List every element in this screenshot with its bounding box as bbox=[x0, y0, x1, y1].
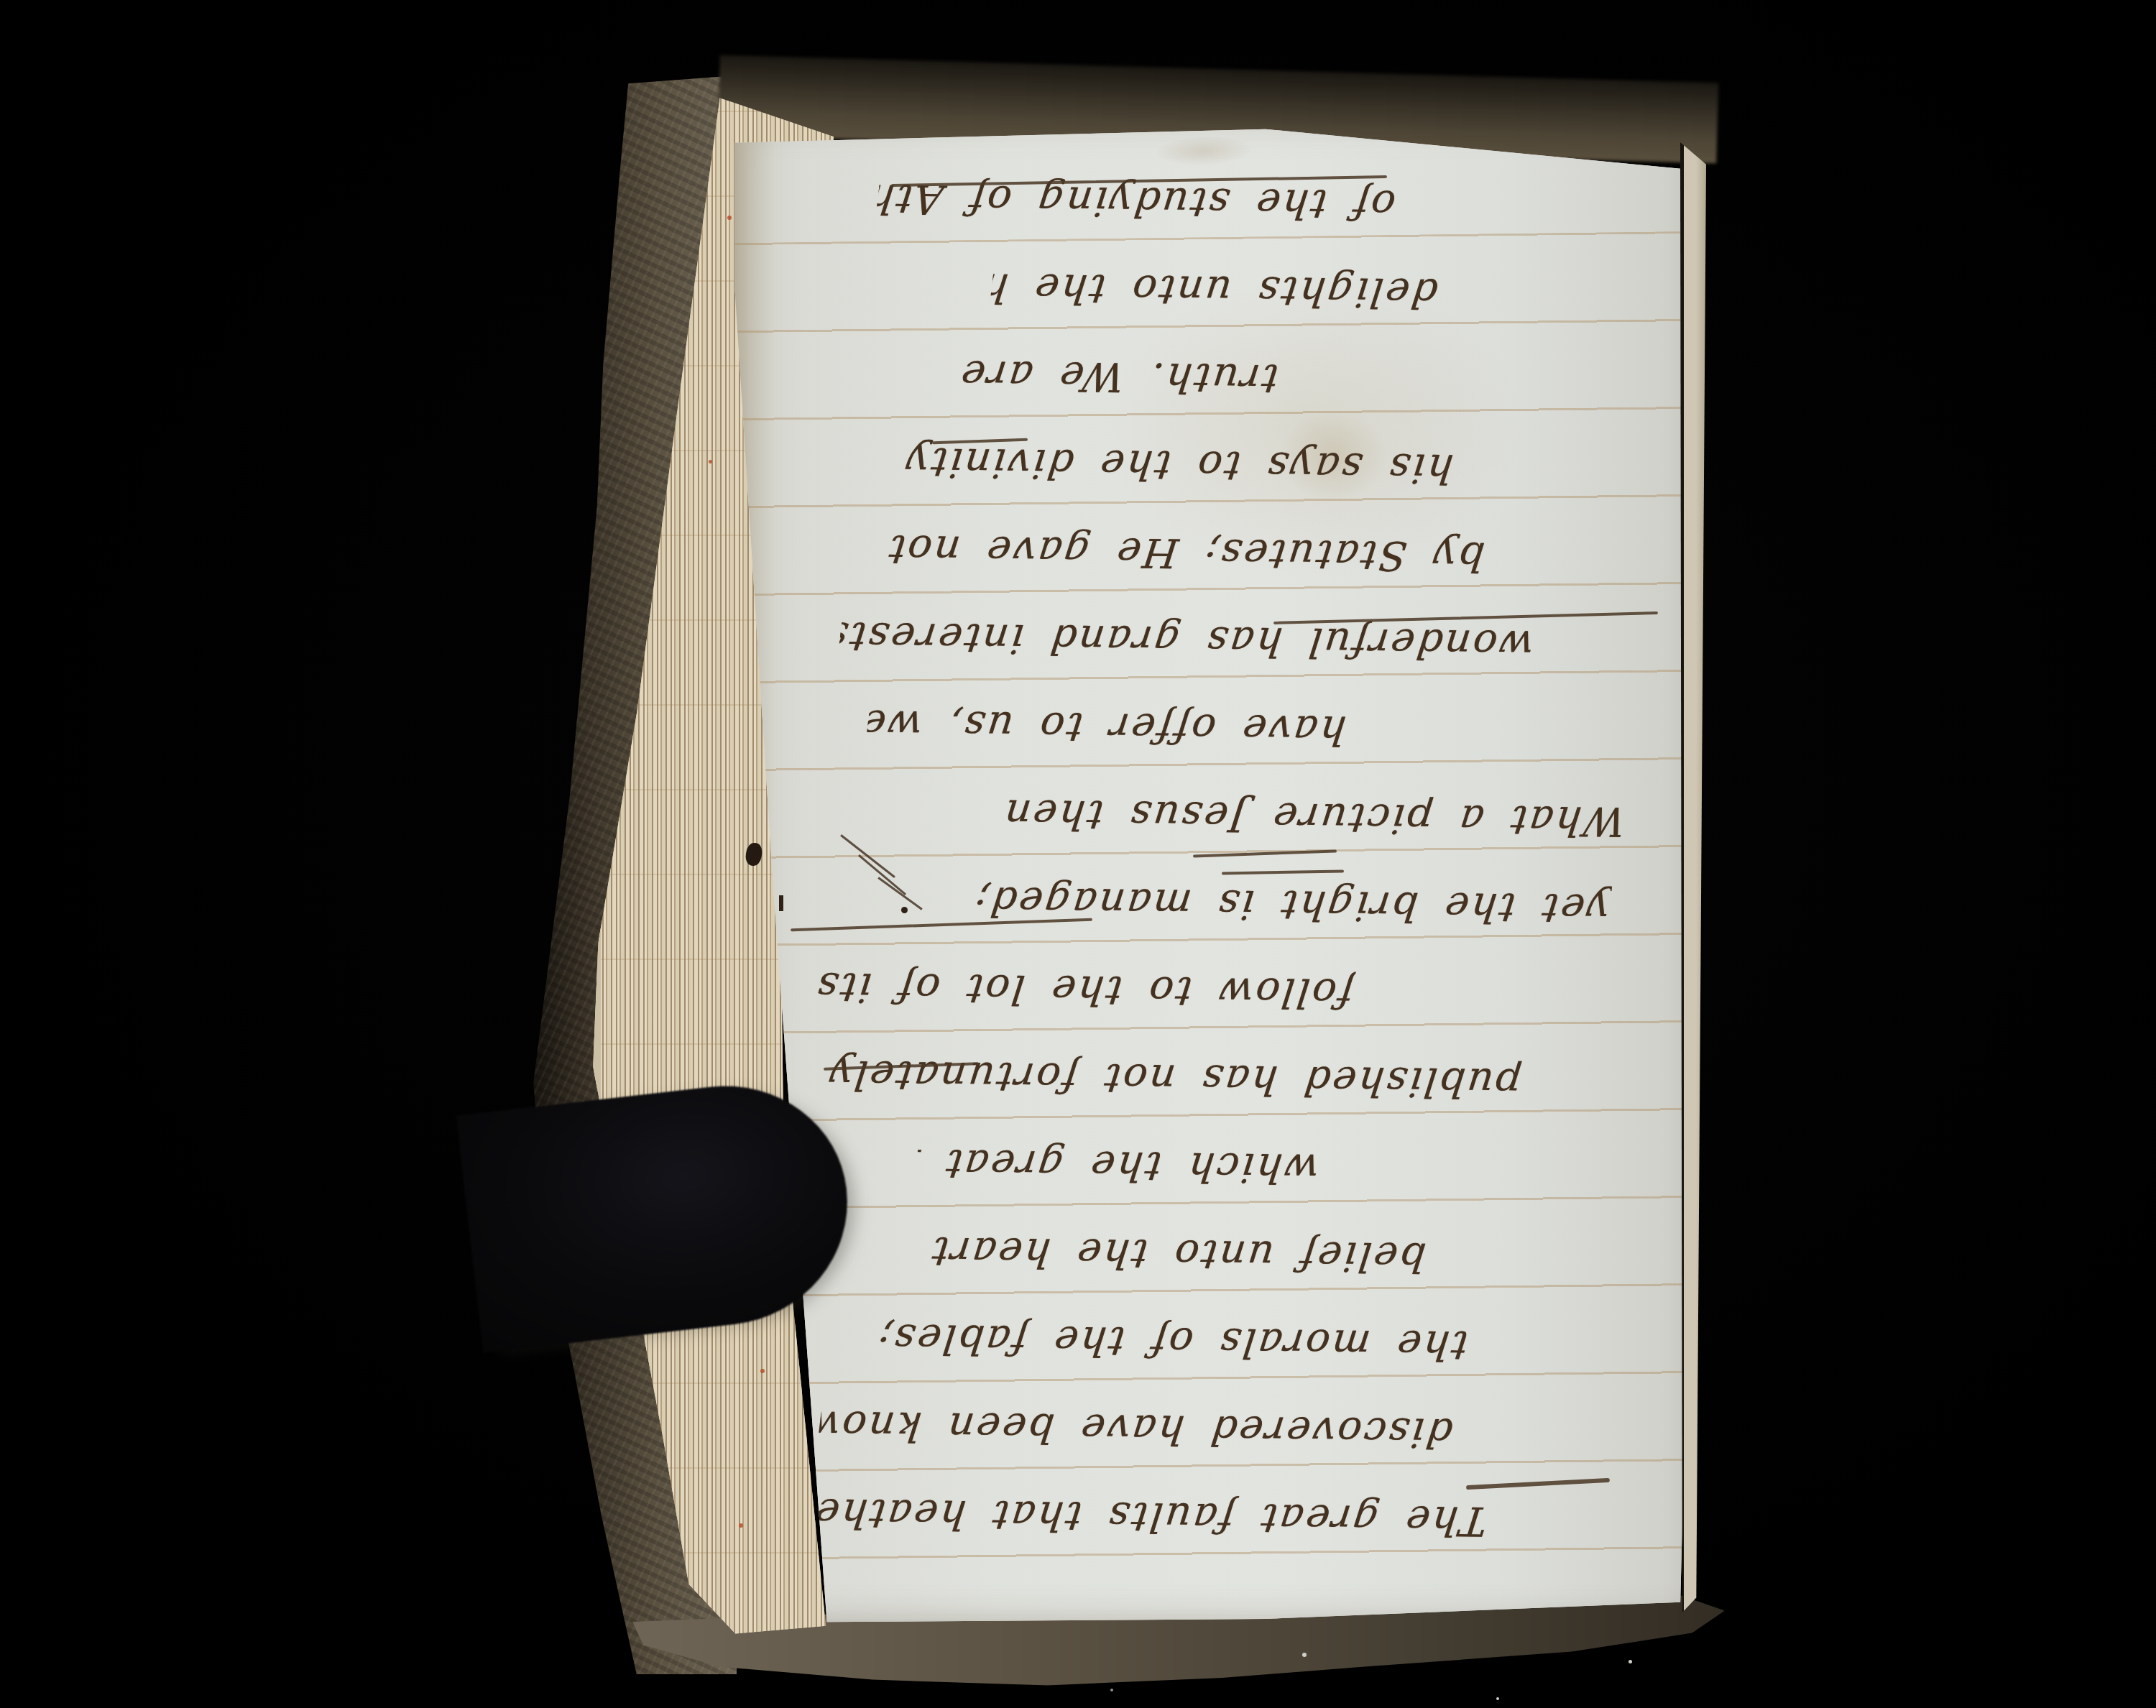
handwriting-line: belief unto the heart bbox=[834, 1206, 1430, 1301]
handwriting-line: the morals of the fables; bbox=[801, 1293, 1473, 1388]
handwriting-line: delights unto the hope. bbox=[987, 243, 1442, 336]
handwriting-line: What a picture Jesus then bbox=[765, 767, 1630, 864]
handwriting-line: truth. We are bbox=[931, 330, 1283, 422]
handwriting-line: yet the bright is managed; bbox=[763, 854, 1614, 952]
handwriting-line: The great faults that heathen bbox=[799, 1468, 1492, 1564]
handwriting-line: his says to the divinity of bbox=[880, 417, 1458, 512]
underlying-page-edge bbox=[1680, 142, 1706, 1612]
manuscript-page: The great faults that heathen discovered… bbox=[726, 108, 1707, 1631]
handwriting-line: by Statutes; He gave not bbox=[879, 505, 1489, 600]
handwriting-line: which the great Men bbox=[911, 1119, 1324, 1211]
dust-speck bbox=[1110, 1689, 1113, 1691]
red-edge-speck bbox=[727, 216, 732, 220]
ink-dot bbox=[901, 907, 908, 913]
handwriting-line: have offer to us, we bbox=[862, 680, 1350, 773]
dust-speck bbox=[1302, 1653, 1307, 1657]
handwriting-line: follow to the lot of its bbox=[788, 942, 1358, 1036]
manuscript-photo: The great faults that heathen discovered… bbox=[0, 0, 2156, 1708]
dust-speck bbox=[1496, 1697, 1499, 1700]
handwriting-line: published has not fortunately bbox=[819, 1030, 1526, 1127]
dust-speck bbox=[1628, 1660, 1632, 1663]
handwriting-line: wonderful has grand interests bbox=[835, 592, 1539, 688]
fingertip bbox=[456, 1073, 860, 1353]
handwriting-line: discovered have been known bbox=[815, 1381, 1457, 1477]
red-edge-speck bbox=[709, 460, 712, 463]
handwriting-block: The great faults that heathen discovered… bbox=[724, 111, 1684, 1645]
ink-tally-mark bbox=[779, 895, 783, 911]
red-edge-speck bbox=[739, 1523, 743, 1528]
handwriting-line: of the studying of Athens bbox=[872, 154, 1400, 248]
red-edge-speck bbox=[760, 1369, 765, 1373]
